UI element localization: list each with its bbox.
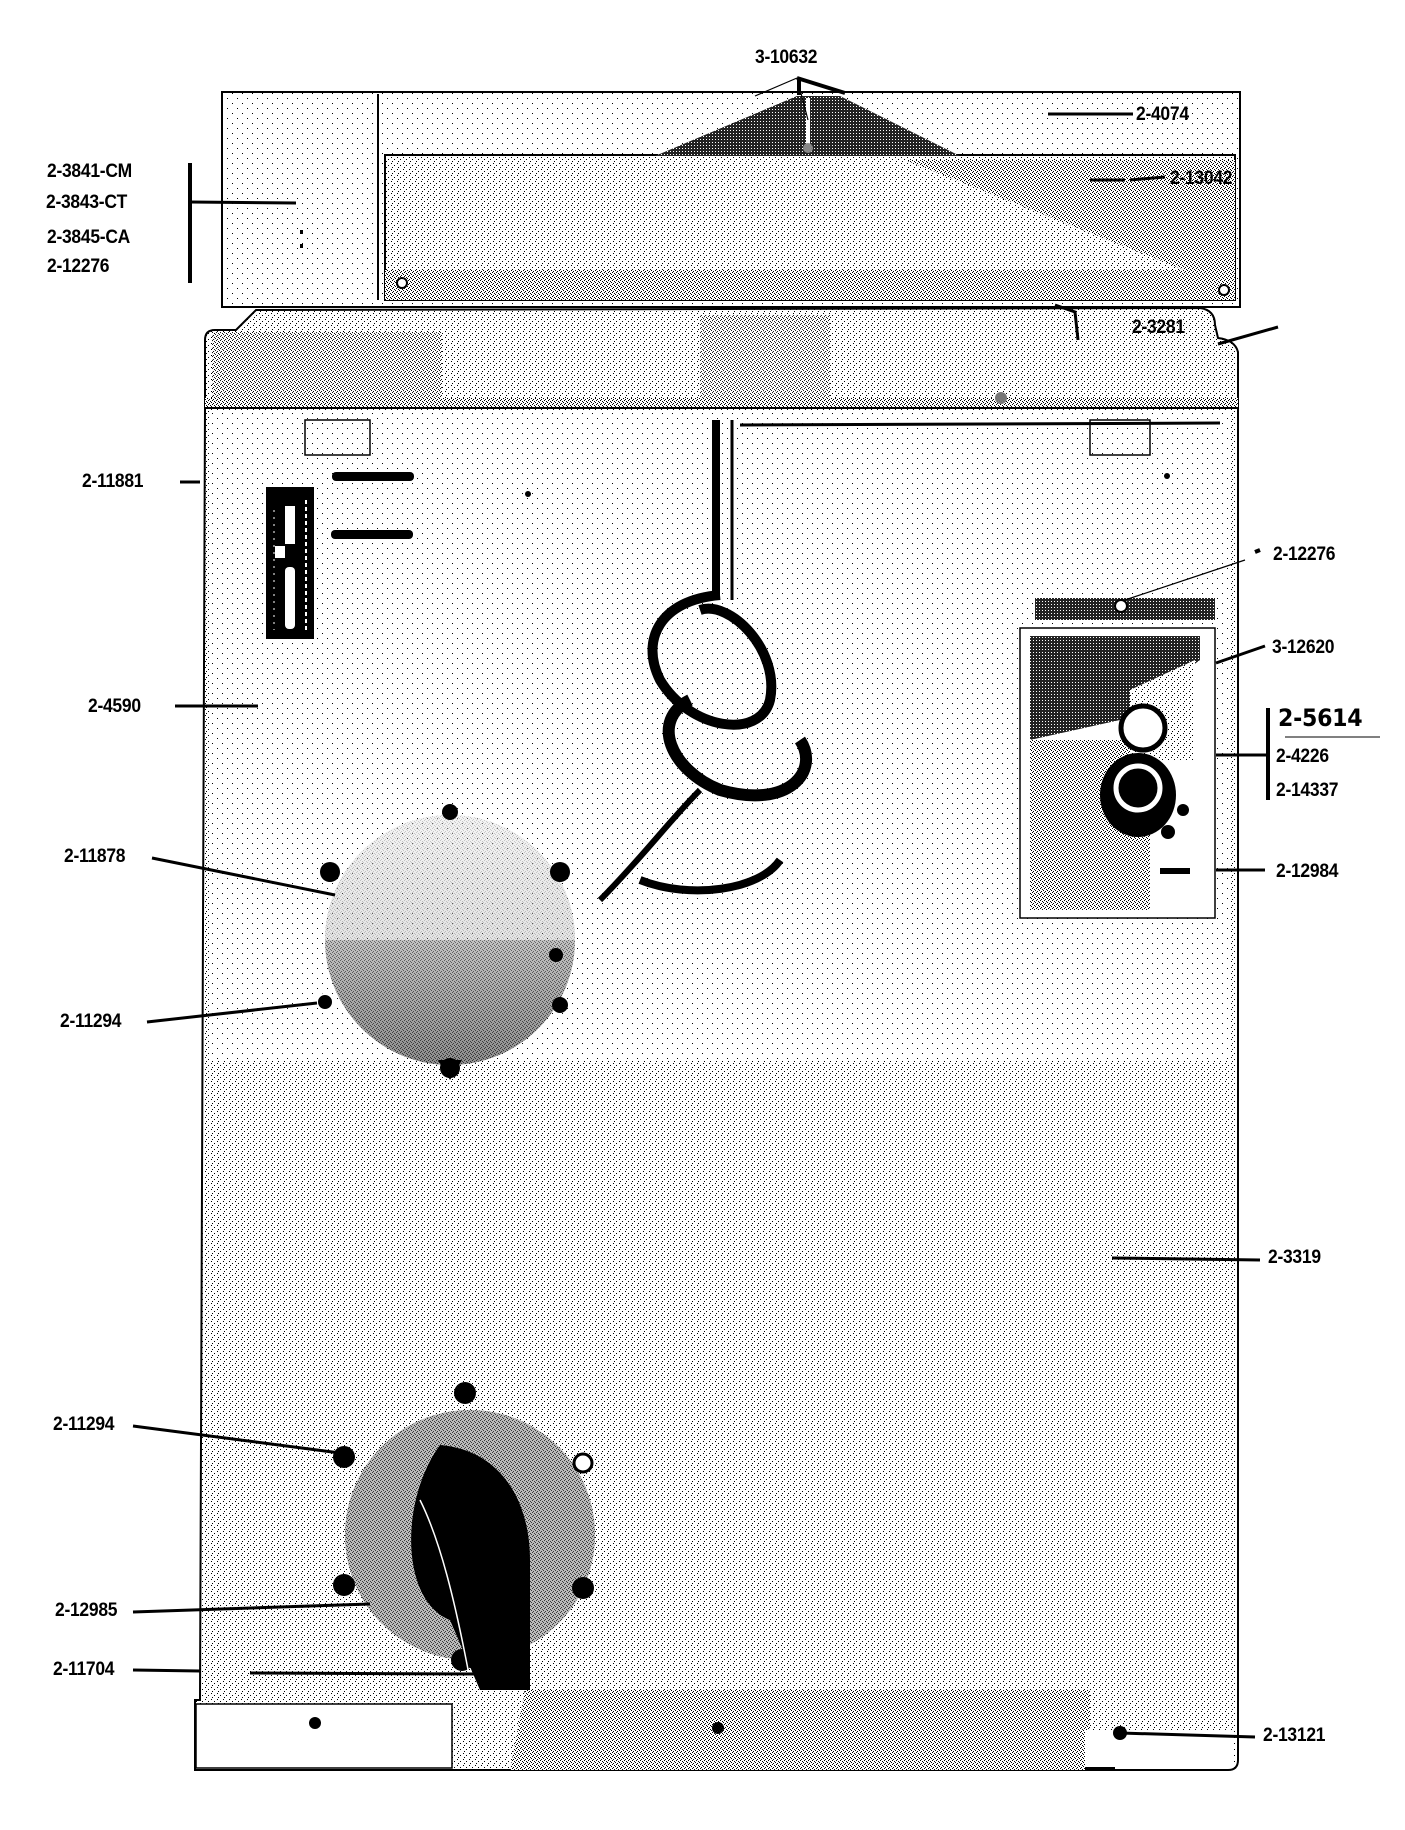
top-plate [222,92,1240,307]
callout-2-12984: 2-12984 [1276,862,1338,881]
switch-bracket [1020,598,1215,918]
callout-3-10632: 3-10632 [755,48,817,67]
callout-2-13121: 2-13121 [1263,1726,1325,1745]
callout-3-12620: 3-12620 [1272,638,1334,657]
callout-2-4590: 2-4590 [88,697,141,716]
callout-2-12985: 2-12985 [55,1601,117,1620]
callout-2-3319: 2-3319 [1268,1248,1321,1267]
callout-2-11294-lower: 2-11294 [53,1415,114,1434]
callout-2-12276-left: 2-12276 [47,257,109,276]
callout-2-12276-right: 2-12276 [1273,545,1335,564]
callout-2-3841-cm: 2-3841-CM [47,162,132,181]
callout-2-14337: 2-14337 [1276,781,1338,800]
callout-2-5614: 2-5614 [1278,706,1362,730]
callout-2-13042: 2-13042 [1170,169,1232,188]
parts-diagram [0,0,1405,1830]
callout-2-3843-ct: 2-3843-CT [46,193,127,212]
callout-2-11294-upper: 2-11294 [60,1012,121,1031]
callout-2-4226: 2-4226 [1276,747,1329,766]
callout-2-3281: 2-3281 [1132,318,1185,337]
callout-2-11881: 2-11881 [82,472,143,491]
callout-2-11878: 2-11878 [64,847,125,866]
top-flange [205,308,1238,408]
callout-2-3845-ca: 2-3845-CA [47,228,130,247]
rating-plate [266,487,314,639]
callout-2-4074: 2-4074 [1136,105,1189,124]
callout-2-11704: 2-11704 [53,1660,114,1679]
